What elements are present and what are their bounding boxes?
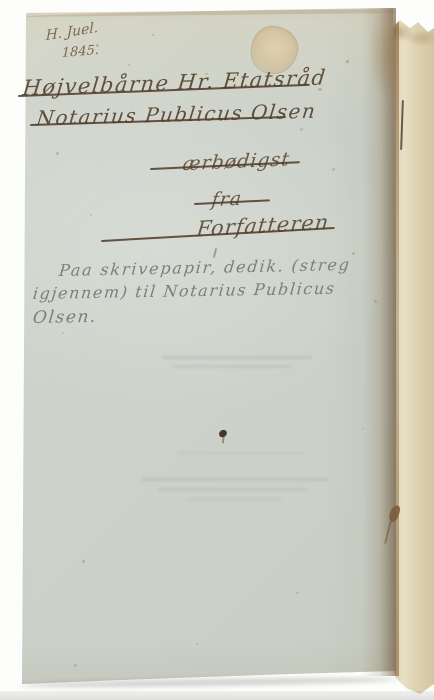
- foxing-dot: [346, 60, 349, 63]
- book-photo: H. Juel. 1845. Højvelbårne Hr. Etatsråd …: [0, 0, 434, 700]
- foxing-dot: [90, 214, 92, 216]
- binding-crease: [396, 16, 399, 676]
- dedication-line-4: fra: [210, 188, 243, 211]
- foxing-dot: [128, 64, 130, 66]
- foxing-dot: [332, 168, 335, 171]
- showthrough-text: [172, 365, 292, 368]
- foxing-dot: [300, 128, 303, 131]
- foxing-dot: [362, 428, 364, 430]
- showthrough-text: [186, 498, 282, 501]
- foxing-dot: [82, 560, 85, 563]
- foxing-dot: [374, 300, 377, 303]
- showthrough-text: [162, 356, 312, 359]
- gutter-stain: [360, 12, 396, 122]
- foxing-dot: [62, 332, 64, 334]
- foxing-dot: [296, 592, 299, 594]
- foxing-dot: [352, 252, 355, 255]
- showthrough-smudge: [178, 452, 304, 454]
- table-edge: [0, 691, 434, 700]
- showthrough-text: [158, 488, 308, 491]
- showthrough-text: [142, 478, 328, 481]
- foxing-dot: [196, 643, 198, 645]
- foxing-dot: [56, 152, 59, 155]
- foxing-dot: [152, 34, 154, 36]
- pencil-note-line-3: Olsen.: [32, 307, 98, 328]
- foxing-dot: [74, 664, 77, 667]
